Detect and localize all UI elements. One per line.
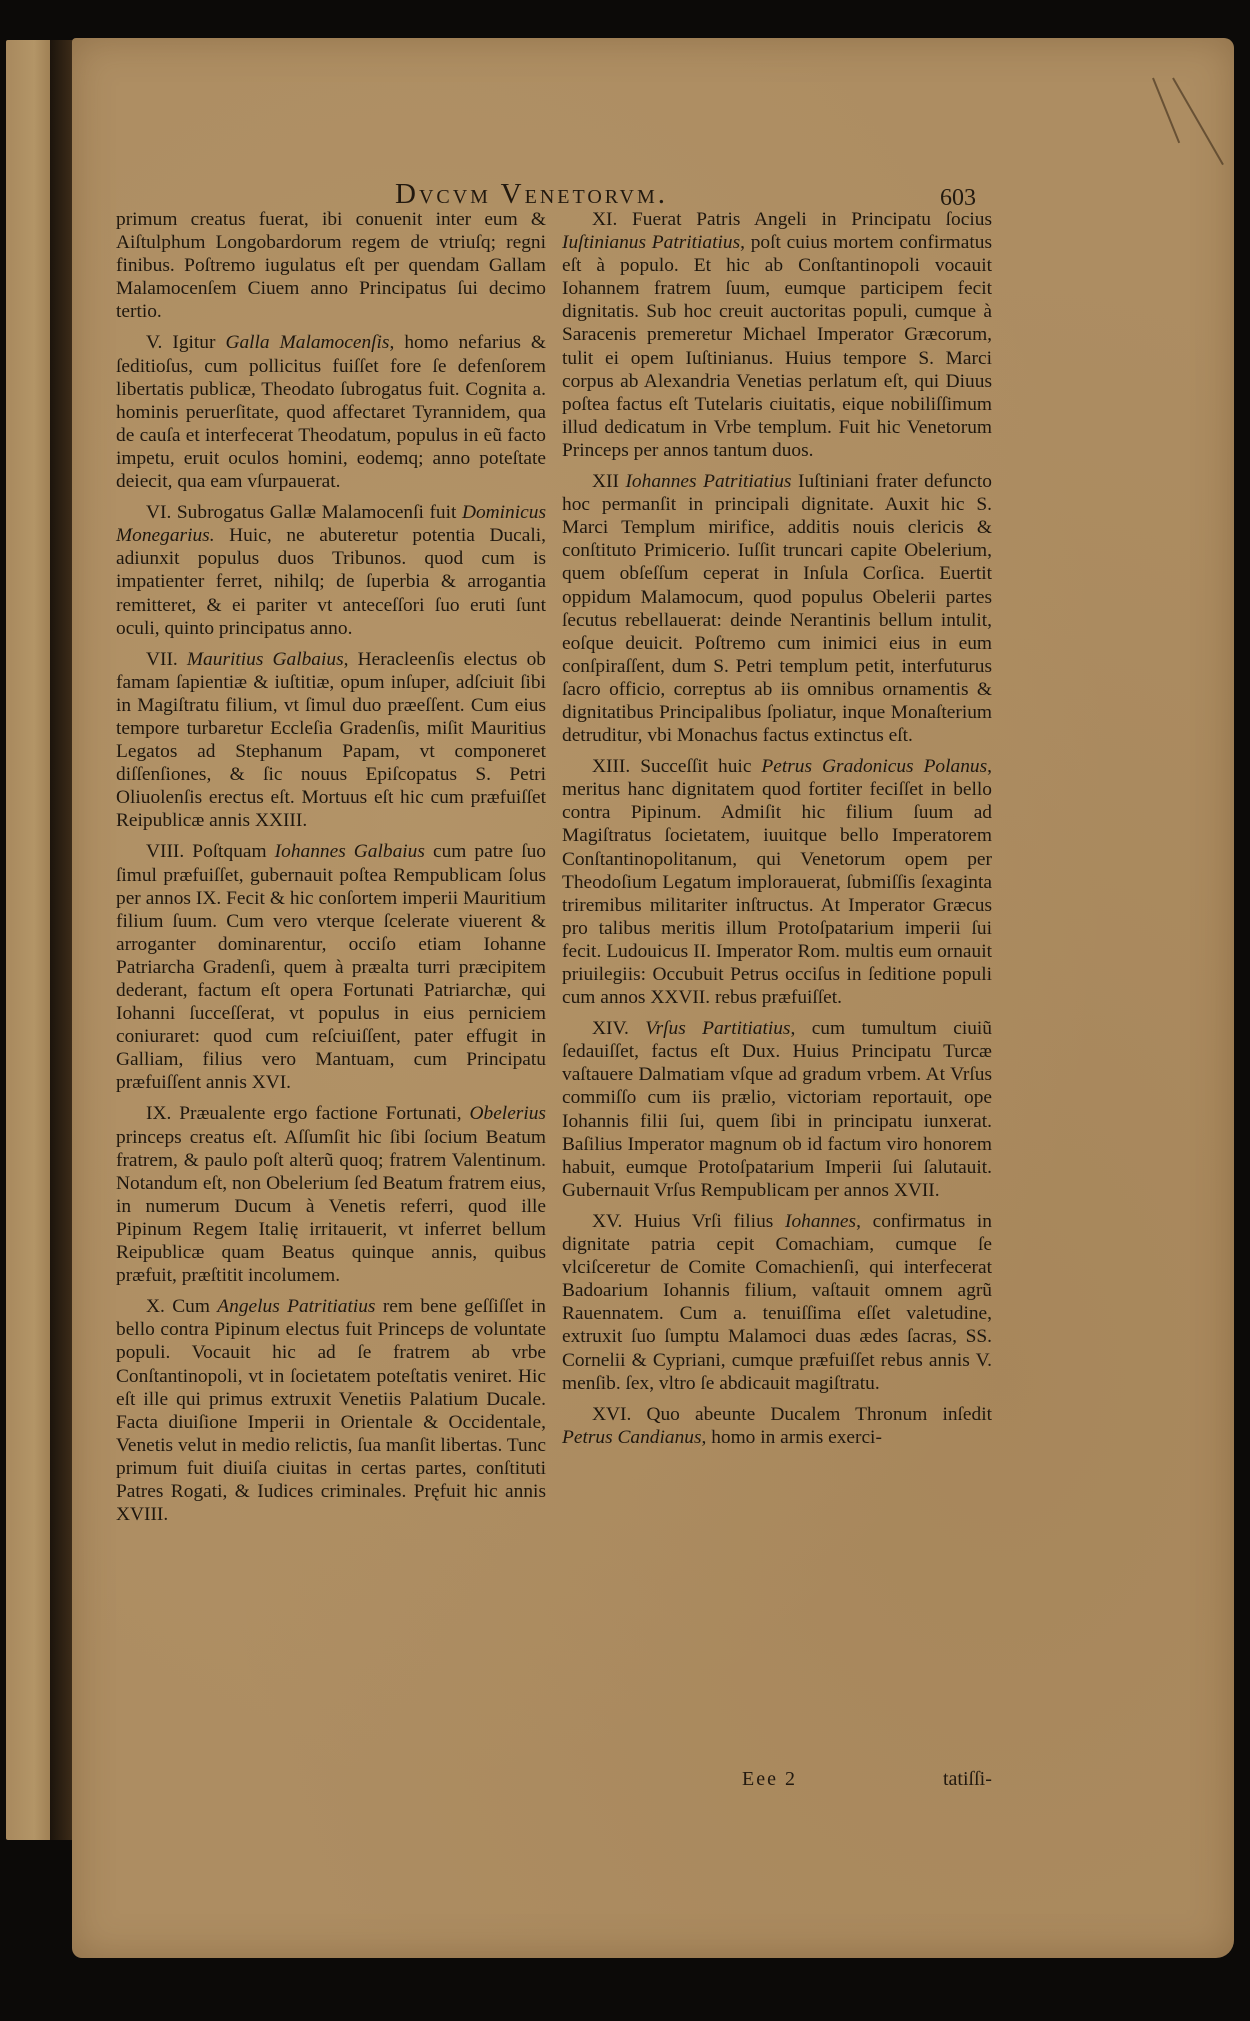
paragraph-xvi: XVI. Quo abeunte Ducalem Thronum inſedit… <box>562 1403 992 1449</box>
doge-name: Obelerius <box>470 1103 546 1124</box>
paragraph-x: X. Cum Angelus Patritiatius rem bene geſ… <box>116 1295 546 1526</box>
corner-fold-crease <box>1172 78 1224 166</box>
doge-name: Galla Malamocenſis <box>225 332 389 353</box>
paragraph-xi: XI. Fuerat Patris Angeli in Principatu ſ… <box>562 208 992 462</box>
doge-name: Iohannes Patritiatius <box>625 471 791 492</box>
paragraph-xiv: XIV. Vrſus Partitiatius, cum tumultum ci… <box>562 1017 992 1202</box>
left-column: primum creatus fuerat, ibi conuenit inte… <box>116 208 546 1534</box>
right-column: XI. Fuerat Patris Angeli in Principatu ſ… <box>562 208 992 1457</box>
paragraph-ix: IX. Præualente ergo factione Fortunati, … <box>116 1102 546 1287</box>
doge-name: Iohannes <box>785 1211 856 1232</box>
paragraph-xiii: XIII. Succeſſit huic Petrus Gradonicus P… <box>562 755 992 1009</box>
running-head: Dvcvm Venetorvm. <box>395 178 668 211</box>
doge-name: Petrus Candianus <box>562 1427 702 1448</box>
paragraph-vi: VI. Subrogatus Gallæ Malamocenſi fuit Do… <box>116 501 546 640</box>
doge-name: Angelus Patritiatius <box>217 1296 375 1317</box>
previous-page-edge <box>6 40 53 1840</box>
paragraph-viii: VIII. Poſtquam Iohannes Galbaius cum pat… <box>116 840 546 1094</box>
paragraph-xv: XV. Huius Vrſi filius Iohannes, confirma… <box>562 1210 992 1395</box>
doge-name: Iuſtinianus Patritiatius <box>562 232 740 253</box>
paragraph: primum creatus fuerat, ibi conuenit inte… <box>116 208 546 323</box>
paragraph-v: V. Igitur Galla Malamocenſis, homo nefar… <box>116 331 546 493</box>
doge-name: Petrus Gradonicus Polanus <box>761 756 987 777</box>
paragraph-xii: XII Iohannes Patritiatius Iuſtiniani fra… <box>562 470 992 747</box>
doge-name: Vrſus Partitiatius <box>645 1018 790 1039</box>
signature-mark: Eee 2 <box>742 1768 797 1791</box>
corner-fold-crease <box>1152 78 1180 144</box>
catchword: tatiſſi- <box>943 1768 992 1791</box>
paragraph-vii: VII. Mauritius Galbaius, Heracleenſis el… <box>116 648 546 833</box>
doge-name: Iohannes Galbaius <box>275 841 425 862</box>
doge-name: Mauritius Galbaius <box>187 649 344 670</box>
